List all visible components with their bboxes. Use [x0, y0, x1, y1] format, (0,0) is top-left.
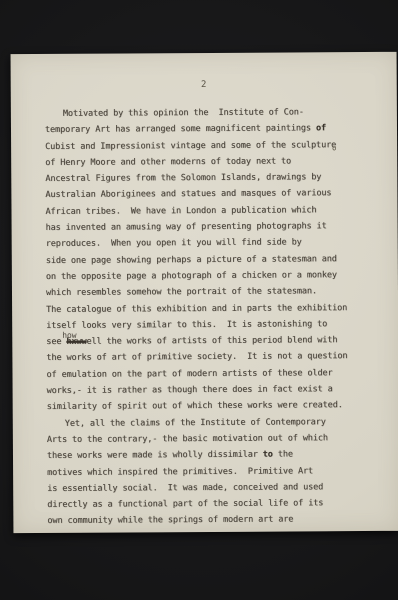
- typed-line: temporary Art has arranged some magnific…: [45, 120, 381, 138]
- typed-text: temporary Art has arranged some magnific…: [45, 124, 316, 136]
- typed-line: The catalogue of this exhibition and in …: [46, 299, 382, 317]
- typed-line: own community while the springs of moder…: [47, 511, 383, 529]
- typed-line: is essentially social. It was made, conc…: [47, 479, 383, 497]
- typed-text: of: [316, 124, 326, 134]
- typed-line: Yet, all the claims of the Institute of …: [47, 414, 383, 432]
- typed-text: to: [263, 450, 273, 460]
- typed-text: Motivated by this opinion the Institute …: [63, 107, 304, 118]
- typed-text: works,- it is rather as though there doe…: [47, 384, 333, 396]
- typed-text: motives which inspired the primitives. P…: [47, 466, 313, 478]
- typed-line: similarity of spirit out of which these …: [47, 397, 383, 415]
- typed-line: motives which inspired the primitives. P…: [47, 462, 383, 480]
- typed-line: Motivated by this opinion the Institute …: [45, 104, 381, 122]
- typed-text: the works of art of primitive society. I…: [46, 352, 347, 364]
- typed-text: side one page showing perhaps a picture …: [46, 254, 337, 266]
- typed-text: Arts to the contrary,- the basic motivat…: [47, 433, 328, 445]
- typed-text: own community while the springs of moder…: [47, 515, 293, 527]
- typed-text: which resembles somehow the portrait of …: [46, 287, 317, 299]
- typed-text: of Henry Moore and other moderns of toda…: [45, 156, 291, 168]
- typed-insertion-above-line: how: [62, 331, 76, 340]
- typed-text: the: [273, 450, 293, 460]
- typed-line: itself looks very similar to this. It is…: [46, 316, 382, 334]
- typed-line: has invented an amusing way of presentin…: [46, 218, 382, 236]
- typed-line: Australian Aboriginees and statues and m…: [45, 185, 381, 203]
- photograph-background: 2 Motivated by this opinion the Institut…: [0, 0, 398, 600]
- typed-line: of Henry Moore and other moderns of toda…: [45, 153, 381, 171]
- typed-line: Arts to the contrary,- the basic motivat…: [47, 430, 383, 448]
- typed-text: reproduces. When you open it you will fi…: [46, 238, 302, 250]
- typed-page: 2 Motivated by this opinion the Institut…: [11, 52, 398, 533]
- typed-line: on the opposite page a photograph of a c…: [46, 267, 382, 285]
- typed-text: itself looks very similar to this. It is…: [46, 319, 327, 331]
- typed-text: on the opposite page a photograph of a c…: [46, 270, 337, 282]
- typed-text: Australian Aboriginees and statues and m…: [45, 189, 331, 201]
- typed-line: of emulation on the part of modern artis…: [46, 365, 382, 383]
- typed-text: Cubist and Impressionist vintage and som…: [45, 140, 336, 152]
- typed-line: the works of art of primitive society. I…: [46, 348, 382, 366]
- typed-line: see hxwwell the works of artists of this…: [46, 332, 382, 350]
- typed-text: Yet, all the claims of the Institute of …: [65, 417, 326, 429]
- typed-text: Ancestral Figures from the Solomon Islan…: [45, 172, 321, 184]
- typed-text: African tribes. We have in London a publ…: [45, 205, 316, 217]
- typed-line: side one page showing perhaps a picture …: [46, 251, 382, 269]
- typed-text-block: Motivated by this opinion the Institute …: [45, 104, 384, 530]
- ink-speck: o: [332, 144, 336, 152]
- typed-text: directly as a functional part of the soc…: [47, 498, 323, 510]
- typed-text: The catalogue of this exhibition and in …: [46, 303, 347, 315]
- typed-text: of emulation on the part of modern artis…: [46, 368, 332, 380]
- typed-text: similarity of spirit out of which these …: [47, 401, 343, 413]
- typed-line: works,- it is rather as though there doe…: [47, 381, 383, 399]
- typed-line: directly as a functional part of the soc…: [47, 495, 383, 513]
- typed-line: reproduces. When you open it you will fi…: [46, 234, 382, 252]
- typed-line: African tribes. We have in London a publ…: [45, 202, 381, 220]
- page-number: 2: [197, 80, 211, 90]
- typed-text: ell the works of artists of this period …: [86, 335, 337, 347]
- typed-line: which resembles somehow the portrait of …: [46, 283, 382, 301]
- typed-line: Cubist and Impressionist vintage and som…: [45, 137, 381, 155]
- typed-line: Ancestral Figures from the Solomon Islan…: [45, 169, 381, 187]
- typed-text: these works were made is wholly dissimil…: [47, 450, 263, 461]
- typed-text: is essentially social. It was made, conc…: [47, 482, 323, 494]
- typed-text: has invented an amusing way of presentin…: [46, 221, 327, 233]
- typed-line: these works were made is wholly dissimil…: [47, 446, 383, 464]
